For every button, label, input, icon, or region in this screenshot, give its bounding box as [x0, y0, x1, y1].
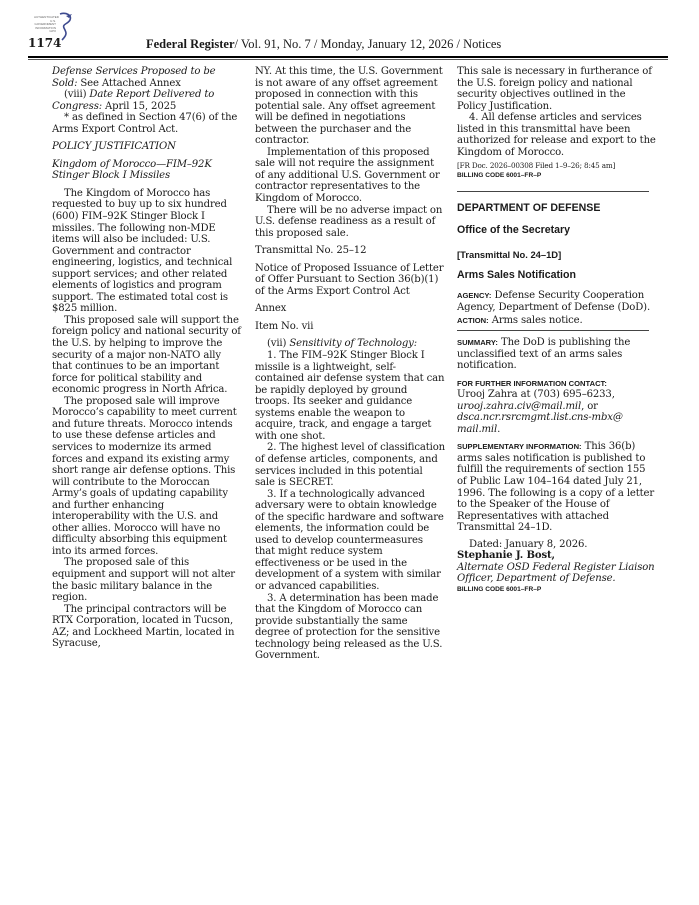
body-paragraph: The principal contractors will be RTX Co…: [52, 604, 242, 650]
billing-code: BILLING CODE 6001–FR–P: [457, 585, 657, 595]
contact-email-secondary[interactable]: dsca.ncr.rsrcmgmt.list.cns-mbx@ mail.mil: [457, 412, 623, 435]
body-paragraph: This sale is necessary in furtherance of…: [457, 66, 657, 112]
supplementary-label: SUPPLEMENTARY INFORMATION:: [457, 442, 582, 451]
publication-title: Federal Register: [146, 37, 235, 51]
supplementary-text: This 36(b) arms sales notification is pu…: [457, 441, 654, 533]
services-text: See Attached Annex: [77, 78, 180, 89]
transmittal-heading: [Transmittal No. 24–1D]: [457, 248, 657, 261]
annex-heading: Annex: [255, 303, 445, 315]
column-2: NY. At this time, the U.S. Government is…: [255, 66, 445, 662]
issue-info: / Vol. 91, No. 7 / Monday, January 12, 2…: [235, 37, 502, 51]
contact-heading: FOR FURTHER INFORMATION CONTACT:: [457, 378, 657, 390]
date-report-prefix: (viii): [64, 89, 89, 100]
agency-heading: DEPARTMENT OF DEFENSE: [457, 202, 657, 215]
column-3: This sale is necessary in furtherance of…: [457, 66, 657, 595]
header-rule-thin: [28, 59, 668, 60]
action-divider: [457, 330, 649, 331]
column-1: Defense Services Proposed to be Sold: Se…: [52, 66, 242, 650]
action-label: ACTION:: [457, 316, 489, 325]
body-paragraph: 4. All defense articles and services lis…: [457, 112, 657, 158]
policy-heading-text: POLICY JUSTIFICATION: [52, 141, 176, 152]
supplementary-paragraph: SUPPLEMENTARY INFORMATION: This 36(b) ar…: [457, 441, 657, 533]
date-report-value: April 15, 2025: [102, 101, 176, 112]
subject-heading-text: Kingdom of Morocco—FIM–92K Stinger Block…: [52, 159, 212, 182]
contact-email-primary[interactable]: urooj.zahra.civ@mail.mil: [457, 401, 581, 412]
contact-label: FOR FURTHER INFORMATION CONTACT:: [457, 379, 607, 388]
sensitivity-item: 3. If a technologically advanced adversa…: [255, 489, 445, 593]
item-number: Item No. vii: [255, 321, 445, 333]
sensitivity-heading: (vii) Sensitivity of Technology:: [255, 338, 445, 350]
fr-doc-line: [FR Doc. 2026–00308 Filed 1–9–26; 8:45 a…: [457, 161, 657, 171]
policy-heading: POLICY JUSTIFICATION: [52, 141, 242, 153]
summary-paragraph: SUMMARY: The DoD is publishing the uncla…: [457, 337, 657, 372]
page-header: 1174 Federal Register/ Vol. 91, No. 7 / …: [28, 36, 668, 54]
sensitivity-item: 3. A determination has been made that th…: [255, 593, 445, 662]
body-paragraph: The proposed sale of this equipment and …: [52, 557, 242, 603]
services-paragraph: Defense Services Proposed to be Sold: Se…: [52, 66, 242, 89]
body-paragraph: Implementation of this proposed sale wil…: [255, 147, 445, 205]
sensitivity-prefix: (vii): [267, 338, 289, 349]
body-paragraph: This proposed sale will support the fore…: [52, 315, 242, 396]
document-title: Arms Sales Notification: [457, 269, 657, 282]
billing-code: BILLING CODE 6001–FR–P: [457, 171, 657, 181]
agency-paragraph: AGENCY: Defense Security Cooperation Age…: [457, 290, 657, 313]
page-number: 1174: [28, 36, 61, 50]
sensitivity-item: 2. The highest level of classification o…: [255, 442, 445, 488]
section-divider: [457, 191, 649, 192]
date-report-paragraph: (viii) Date Report Delivered to Congress…: [52, 89, 242, 112]
gpo-logo-text: AUTHENTICATED U.S. GOVERNMENT INFORMATIO…: [34, 16, 56, 34]
notice-title: Notice of Proposed Issuance of Letter of…: [255, 263, 445, 298]
signer-name: Stephanie J. Bost,: [457, 550, 657, 562]
body-paragraph: NY. At this time, the U.S. Government is…: [255, 66, 445, 147]
running-head: Federal Register/ Vol. 91, No. 7 / Monda…: [146, 37, 501, 52]
body-paragraph: There will be no adverse impact on U.S. …: [255, 205, 445, 240]
body-paragraph: The Kingdom of Morocco has requested to …: [52, 188, 242, 315]
footnote-paragraph: * as defined in Section 47(6) of the Arm…: [52, 112, 242, 135]
contact-end: .: [497, 424, 500, 435]
contact-text: Urooj Zahra at (703) 695–6233,: [457, 389, 615, 400]
sensitivity-item: 1. The FIM–92K Stinger Block I missile i…: [255, 350, 445, 442]
contact-or: , or: [581, 401, 598, 412]
action-paragraph: ACTION: Arms sales notice.: [457, 315, 657, 327]
office-heading: Office of the Secretary: [457, 224, 657, 237]
body-paragraph: The proposed sale will improve Morocco’s…: [52, 396, 242, 558]
header-rule-thick: [28, 56, 668, 58]
action-text: Arms sales notice.: [489, 315, 583, 326]
transmittal-number: Transmittal No. 25–12: [255, 245, 445, 257]
signer-title: Alternate OSD Federal Register Liaison O…: [457, 562, 657, 585]
agency-label: AGENCY:: [457, 291, 491, 300]
dated-line: Dated: January 8, 2026.: [457, 539, 657, 551]
subject-heading: Kingdom of Morocco—FIM–92K Stinger Block…: [52, 159, 242, 182]
sensitivity-label: Sensitivity of Technology:: [289, 338, 417, 349]
contact-paragraph: Urooj Zahra at (703) 695–6233, urooj.zah…: [457, 389, 657, 435]
summary-label: SUMMARY:: [457, 338, 498, 347]
signer-title-text: Alternate OSD Federal Register Liaison O…: [457, 562, 655, 585]
